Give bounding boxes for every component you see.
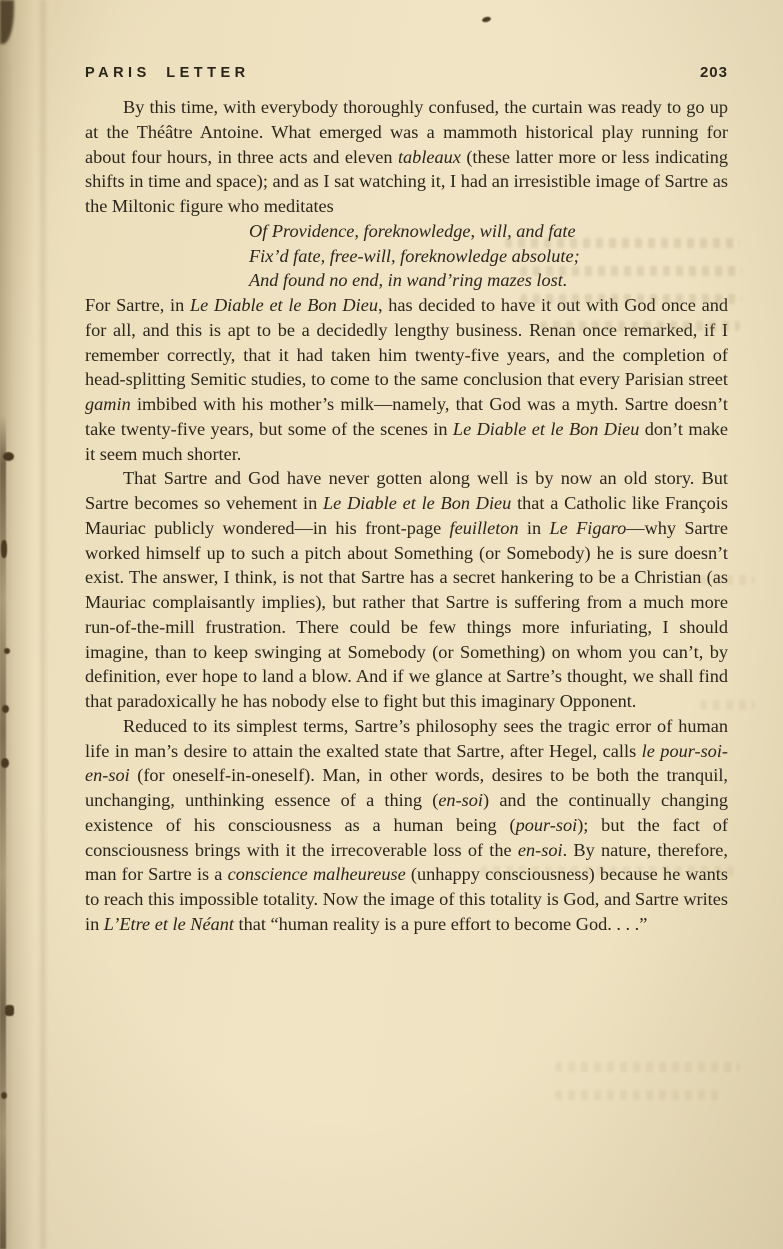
edge-speck: [1, 1092, 7, 1099]
paragraph: For Sartre, in Le Diable et le Bon Dieu,…: [85, 293, 728, 466]
paragraph: By this time, with everybody thoroughly …: [85, 95, 728, 219]
verse-line: And found no end, in wand’ring mazes los…: [249, 268, 728, 293]
edge-speck: [1, 540, 7, 558]
torn-page-edge: [0, 415, 6, 1249]
page-header: PARIS LETTER 203: [85, 64, 728, 81]
book-page-scan: PARIS LETTER 203 By this time, with ever…: [0, 0, 783, 1249]
page-crease: [38, 0, 48, 1249]
edge-speck: [5, 1005, 14, 1016]
verse-quote: Of Providence, foreknowledge, will, and …: [249, 219, 728, 293]
edge-speck: [1, 758, 9, 768]
edge-speck: [2, 705, 9, 713]
ink-speck: [482, 16, 492, 23]
bleed-through-text: [555, 1090, 720, 1100]
running-title: PARIS LETTER: [85, 65, 250, 81]
gutter-shadow: [0, 0, 34, 1249]
paragraph: Reduced to its simplest terms, Sartre’s …: [85, 714, 728, 937]
verse-line: Of Providence, foreknowledge, will, and …: [249, 219, 728, 244]
edge-speck: [3, 452, 14, 461]
verse-line: Fix’d fate, free-will, foreknowledge abs…: [249, 244, 728, 269]
edge-speck: [4, 648, 10, 654]
page-number: 203: [700, 64, 728, 81]
bleed-through-text: [555, 1062, 740, 1072]
paragraph: That Sartre and God have never gotten al…: [85, 466, 728, 714]
corner-blotch: [0, 0, 14, 44]
page-body: By this time, with everybody thoroughly …: [85, 95, 728, 937]
